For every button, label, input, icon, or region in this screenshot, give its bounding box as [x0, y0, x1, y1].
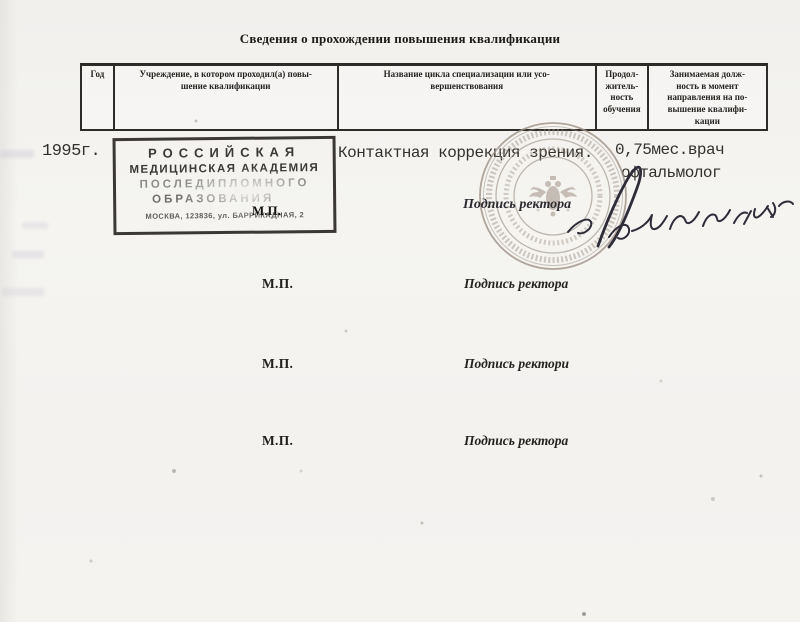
mp-mark-row3: М.П. — [262, 356, 293, 372]
stamp-line-4: ОБРАЗОВАНИЯ — [116, 192, 333, 206]
bleedthrough-mark — [2, 288, 44, 296]
rector-signature — [540, 150, 800, 250]
mp-mark-row4: М.П. — [262, 433, 293, 449]
signature-label-row4: Подпись ректора — [464, 433, 568, 449]
scanned-document-page: Сведения о прохождении повышения квалифи… — [0, 0, 800, 622]
mp-mark-row2: М.П. — [262, 276, 293, 292]
stamp-line-2: МЕДИЦИНСКАЯ АКАДЕМИЯ — [116, 162, 333, 176]
stamp-line-3: ПОСЛЕДИПЛОМНОГО — [116, 177, 333, 191]
bleedthrough-mark — [0, 150, 34, 158]
col-header-institution: Учреждение, в котором проходил(а) повы- … — [115, 66, 339, 129]
stamp-address: МОСКВА, 123836, ул. БАРРИКАДНАЯ, 2 — [116, 210, 333, 221]
col-header-year: Год — [82, 66, 115, 129]
qualification-table-header: Год Учреждение, в котором проходил(а) по… — [80, 63, 768, 131]
stamp-line-1: РОССИЙСКАЯ — [116, 144, 333, 161]
institution-stamp: РОССИЙСКАЯ МЕДИЦИНСКАЯ АКАДЕМИЯ ПОСЛЕДИП… — [112, 136, 336, 235]
scan-speckles — [0, 0, 2, 2]
entry-year: 1995г. — [42, 142, 100, 161]
col-header-position: Занимаемая долж- ность в момент направле… — [649, 66, 766, 129]
signature-label-row2: Подпись ректора — [464, 276, 568, 292]
document-title: Сведения о прохождении повышения квалифи… — [0, 31, 800, 47]
bleedthrough-mark — [12, 251, 44, 258]
mp-mark-row1: М.П. — [252, 203, 281, 219]
signature-label-row3: Подпись ректори — [464, 356, 569, 372]
bleedthrough-mark — [22, 222, 48, 229]
